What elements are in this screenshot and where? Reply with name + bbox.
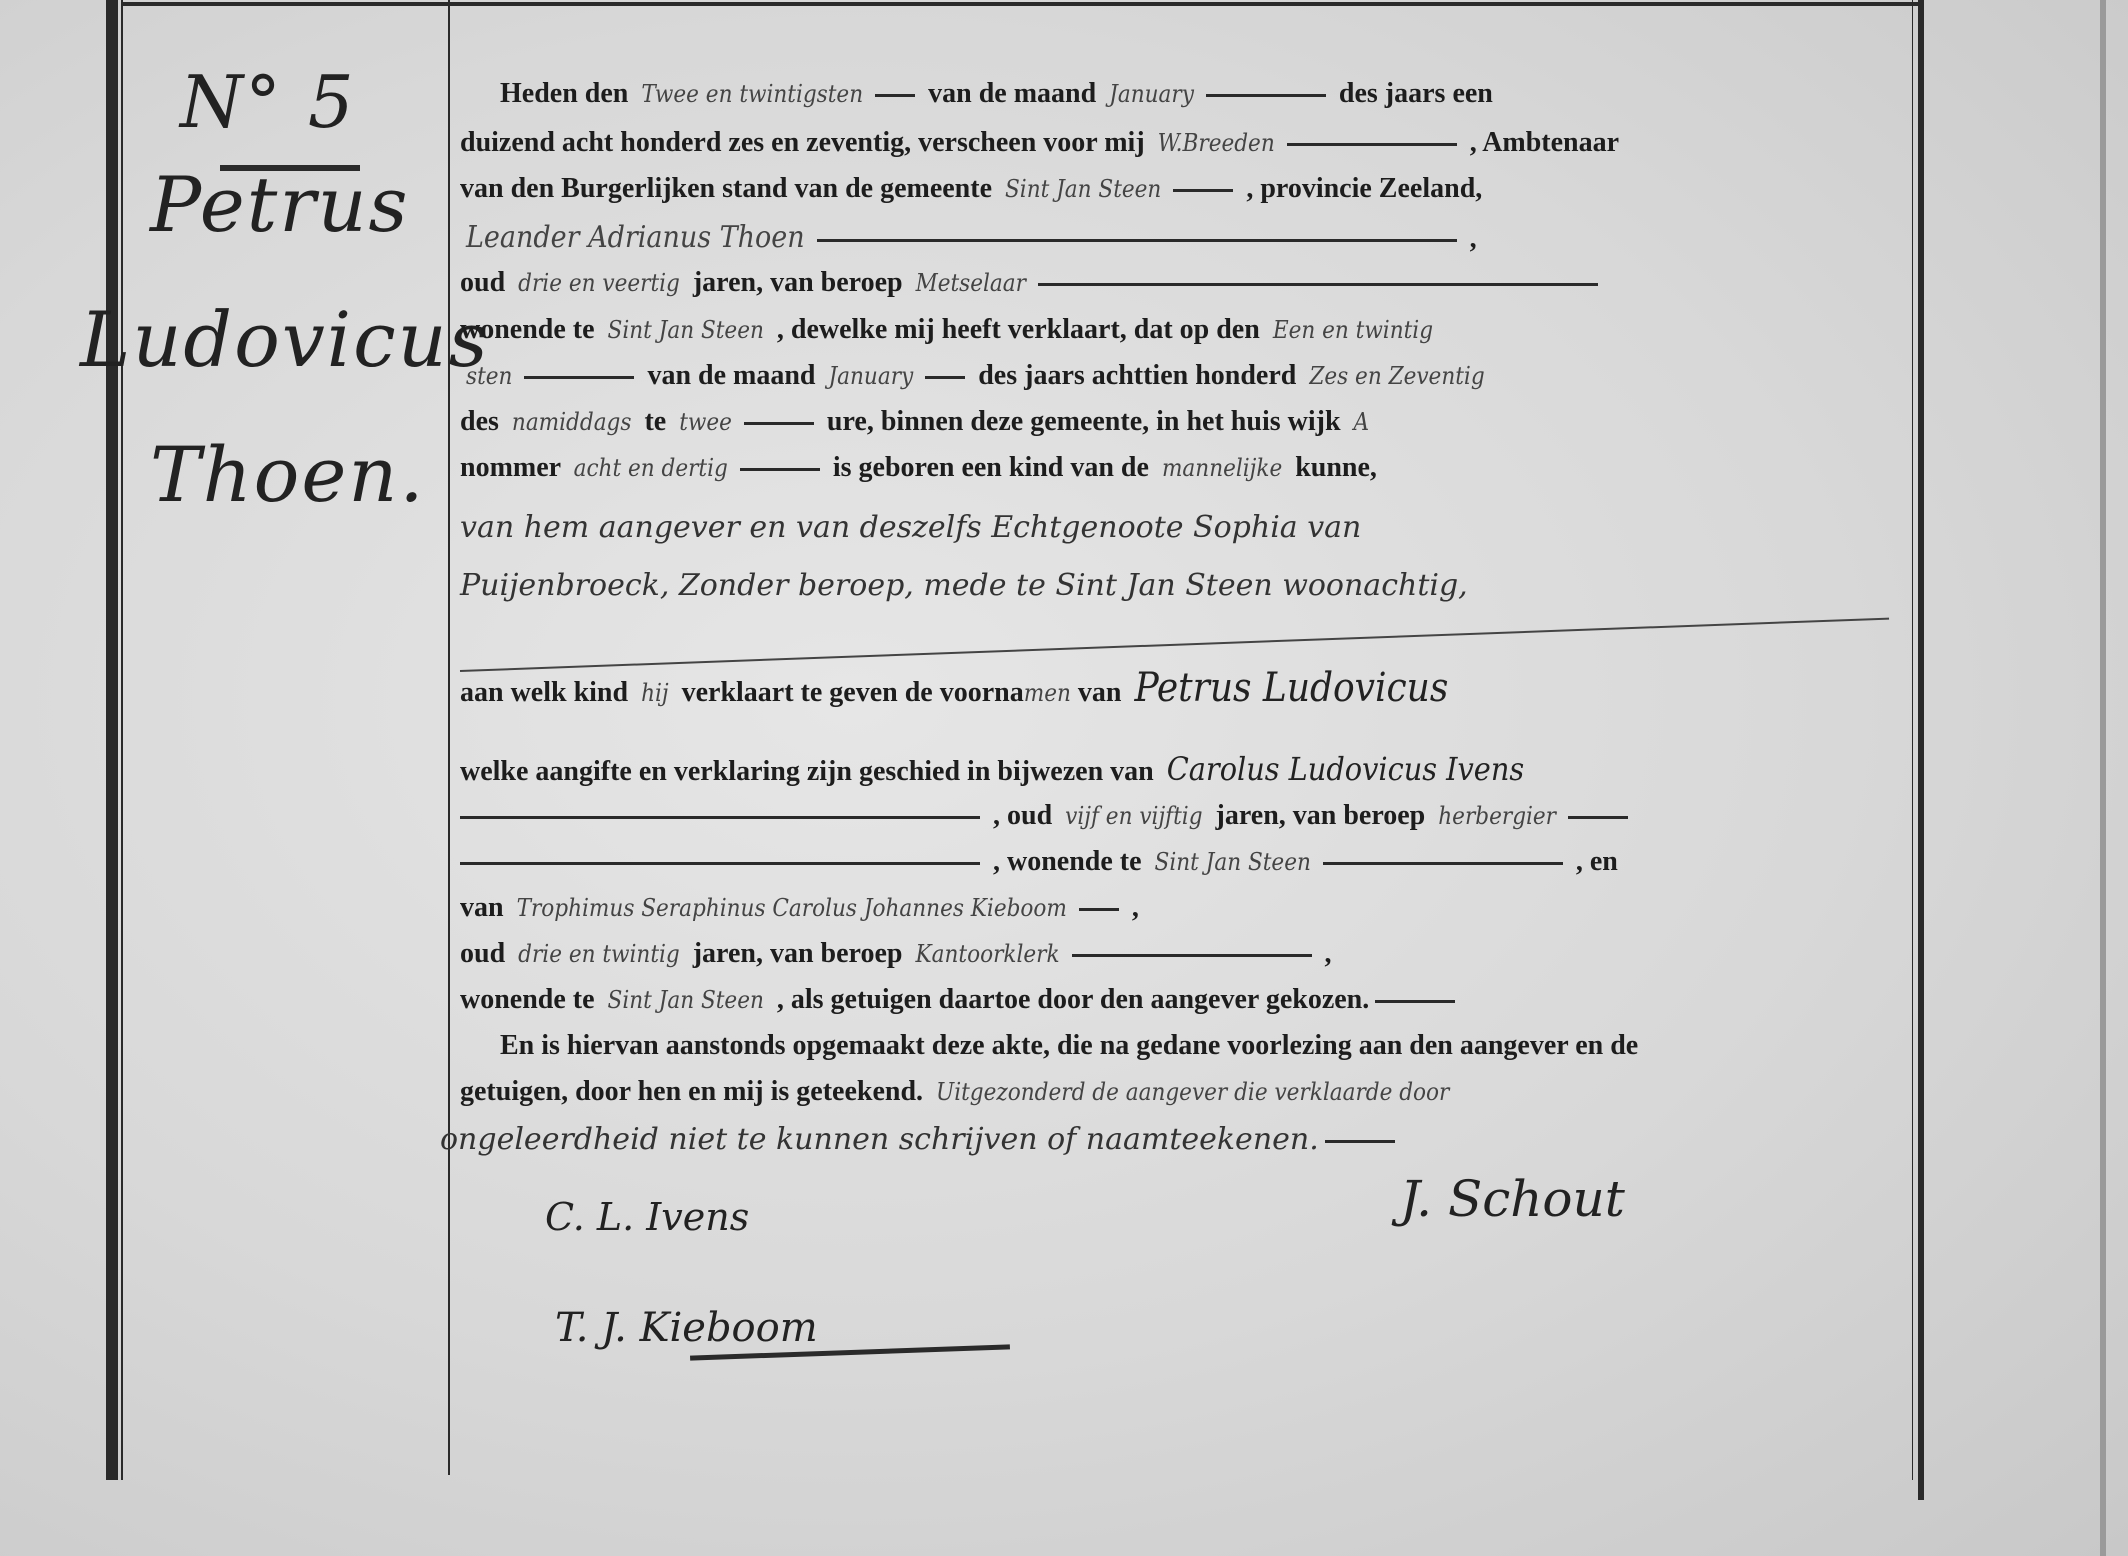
- right-border-thin-rule: [1912, 0, 1913, 1480]
- printed-text: , en: [1576, 846, 1618, 877]
- handwritten-house-number: acht en dertig: [568, 454, 734, 482]
- signature-witness-2: T. J. Kieboom: [555, 1305, 818, 1351]
- record-line-2: duizend acht honderd zes en zeventig, ve…: [460, 127, 1890, 177]
- record-number: N° 5: [180, 60, 356, 144]
- handwritten-time-of-day: namiddags: [506, 408, 638, 436]
- margin-given-name-1: Petrus: [150, 160, 410, 249]
- printed-text: ,: [1325, 938, 1332, 969]
- record-line-13: welke aangifte en verklaring zijn geschi…: [460, 750, 1890, 800]
- printed-text: wonende te: [460, 314, 595, 345]
- right-border-rule: [1918, 0, 1924, 1500]
- handwritten-witness-1-residence: Sint Jan Steen: [1149, 848, 1317, 876]
- printed-text: oud: [460, 267, 505, 298]
- printed-text: des: [460, 406, 499, 437]
- top-rule: [122, 2, 1920, 6]
- handwritten-witness-2-occupation: Kantoorklerk: [909, 940, 1065, 968]
- printed-text: des jaars een: [1339, 78, 1493, 109]
- handwritten-father-occupation: Metselaar: [910, 269, 1032, 297]
- handwritten-witness-2: Trophimus Seraphinus Carolus Johannes Ki…: [511, 894, 1073, 922]
- record-line-18: wonende te Sint Jan Steen , als getuigen…: [460, 984, 1890, 1034]
- printed-text: van de maand: [928, 78, 1096, 109]
- record-line-17: oud drie en twintig jaren, van beroep Ka…: [460, 938, 1890, 988]
- handwritten-birth-year: Zes en Zeventig: [1303, 362, 1490, 390]
- handwritten-official: W.Breeden: [1152, 129, 1281, 157]
- printed-text: ,: [1470, 223, 1477, 254]
- record-line-12: aan welk kind hij verklaart te geven de …: [460, 665, 1890, 715]
- printed-text: wonende te: [460, 984, 595, 1015]
- handwritten-father-age: drie en veertig: [512, 269, 686, 297]
- handwritten-birth-day: Een en twintig: [1267, 316, 1439, 344]
- printed-text: oud: [460, 938, 505, 969]
- handwritten-declarant: hij: [635, 679, 675, 707]
- handwritten-ward: A: [1348, 408, 1376, 436]
- printed-text: Heden den: [500, 78, 628, 109]
- printed-text: verscheen voor mij: [918, 127, 1145, 158]
- record-line-15: , wonende te Sint Jan Steen , en: [460, 846, 1890, 896]
- printed-text: , oud: [993, 800, 1052, 831]
- handwritten-mother: van hem aangever en van deszelfs Echtgen…: [460, 510, 1361, 545]
- handwritten-annotation: Uitgezonderd de aangever die verklaarde …: [930, 1078, 1455, 1106]
- page-edge: [2100, 0, 2106, 1556]
- record-line-3: van den Burgerlijken stand van de gemeen…: [460, 173, 1890, 223]
- handwritten-municipality: Sint Jan Steen: [999, 175, 1167, 203]
- printed-text: jaren, van beroep: [693, 938, 903, 969]
- printed-text: getuigen, door hen en mij is geteekend.: [460, 1076, 923, 1107]
- printed-text: welke aangifte en verklaring zijn geschi…: [460, 756, 1154, 787]
- printed-text: jaren, van beroep: [693, 267, 903, 298]
- margin-given-name-2: Ludovicus: [80, 295, 490, 384]
- printed-text: , wonende te: [993, 846, 1142, 877]
- printed-text-bold: geboren: [859, 452, 955, 483]
- printed-text: En is hiervan aanstonds opgemaakt deze a…: [500, 1030, 1638, 1061]
- archive-scan-page: N° 5 Petrus Ludovicus Thoen. Heden den T…: [0, 0, 2128, 1556]
- record-line-6: wonende te Sint Jan Steen , dewelke mij …: [460, 314, 1890, 364]
- handwritten-day: Twee en twintigsten: [635, 80, 869, 108]
- handwritten-witness-2-age: drie en twintig: [512, 940, 686, 968]
- record-line-14: , oud vijf en vijftig jaren, van beroep …: [460, 800, 1890, 850]
- printed-text: is: [833, 452, 852, 483]
- handwritten-birth-day-suffix: sten: [460, 362, 518, 390]
- record-line-11: Puijenbroeck, Zonder beroep, mede te Sin…: [460, 568, 1890, 603]
- printed-text: des jaars achttien honderd: [978, 360, 1296, 391]
- printed-text: van: [1078, 677, 1122, 708]
- printed-text: , Ambtenaar: [1470, 127, 1619, 158]
- margin-column-rule: [448, 0, 450, 1475]
- handwritten-mother-cont: Puijenbroeck, Zonder beroep, mede te Sin…: [460, 568, 1468, 603]
- handwritten-hour: twee: [673, 408, 738, 436]
- printed-text: van: [460, 892, 504, 923]
- handwritten-month: January: [1103, 80, 1200, 108]
- printed-text: nommer: [460, 452, 561, 483]
- printed-text: ,: [1132, 892, 1139, 923]
- record-line-1: Heden den Twee en twintigsten van de maa…: [460, 78, 1890, 128]
- signature-official: J. Schout: [1400, 1170, 1625, 1228]
- margin-surname: Thoen.: [150, 430, 425, 519]
- handwritten-witness-1-occupation: herbergier: [1432, 802, 1562, 830]
- printed-text: een kind van de: [961, 452, 1149, 483]
- record-line-16: van Trophimus Seraphinus Carolus Johanne…: [460, 892, 1890, 942]
- printed-text: van den Burgerlijken stand van de gemeen…: [460, 173, 992, 204]
- signature-witness-1: C. L. Ivens: [545, 1195, 749, 1239]
- printed-text: jaren, van beroep: [1216, 800, 1426, 831]
- handwritten-witness-1-age: vijf en vijftig: [1059, 802, 1208, 830]
- printed-text: , provincie Zeeland,: [1246, 173, 1482, 204]
- record-line-10: van hem aangever en van deszelfs Echtgen…: [460, 510, 1890, 545]
- printed-text: verklaart te geven de voorna: [682, 677, 1024, 708]
- record-line-5: oud drie en veertig jaren, van beroep Me…: [460, 267, 1890, 317]
- handwritten-witness-2-residence: Sint Jan Steen: [602, 986, 770, 1014]
- record-line-19: En is hiervan aanstonds opgemaakt deze a…: [460, 1030, 1890, 1080]
- printed-text: , dewelke mij heeft verklaart, dat op de…: [777, 314, 1260, 345]
- handwritten-father-name: Leander Adrianus Thoen: [460, 220, 811, 255]
- handwritten-witness-1: Carolus Ludovicus Ivens: [1161, 750, 1530, 788]
- record-line-9: nommer acht en dertig is geboren een kin…: [460, 452, 1890, 502]
- printed-text: , als getuigen daartoe door den aangever…: [777, 984, 1369, 1015]
- handwritten-residence: Sint Jan Steen: [602, 316, 770, 344]
- margin-column: N° 5 Petrus Ludovicus Thoen.: [120, 10, 445, 1480]
- printed-text: aan welk kind: [460, 677, 628, 708]
- handwritten-sex: mannelijke: [1156, 454, 1288, 482]
- handwritten-plural: men: [1024, 679, 1071, 707]
- record-line-4: Leander Adrianus Thoen ,: [460, 220, 1890, 270]
- left-margin-thick-rule: [106, 0, 118, 1480]
- record-line-7: sten van de maand January des jaars acht…: [460, 360, 1890, 410]
- printed-text: ure, binnen deze gemeente, in het huis w…: [827, 406, 1341, 437]
- strike-line: [460, 618, 1889, 672]
- printed-text: kunne,: [1295, 452, 1377, 483]
- printed-text: te: [644, 406, 666, 437]
- handwritten-annotation-cont: ongeleerdheid niet te kunnen schrijven o…: [440, 1122, 1319, 1157]
- handwritten-child-names: Petrus Ludovicus: [1128, 665, 1454, 711]
- record-line-20: getuigen, door hen en mij is geteekend. …: [460, 1076, 1890, 1126]
- printed-text: van de maand: [647, 360, 815, 391]
- printed-text: duizend acht honderd zes en zeventig,: [460, 127, 911, 158]
- record-line-21: ongeleerdheid niet te kunnen schrijven o…: [440, 1122, 1870, 1157]
- record-line-8: des namiddags te twee ure, binnen deze g…: [460, 406, 1890, 456]
- handwritten-birth-month: January: [822, 362, 919, 390]
